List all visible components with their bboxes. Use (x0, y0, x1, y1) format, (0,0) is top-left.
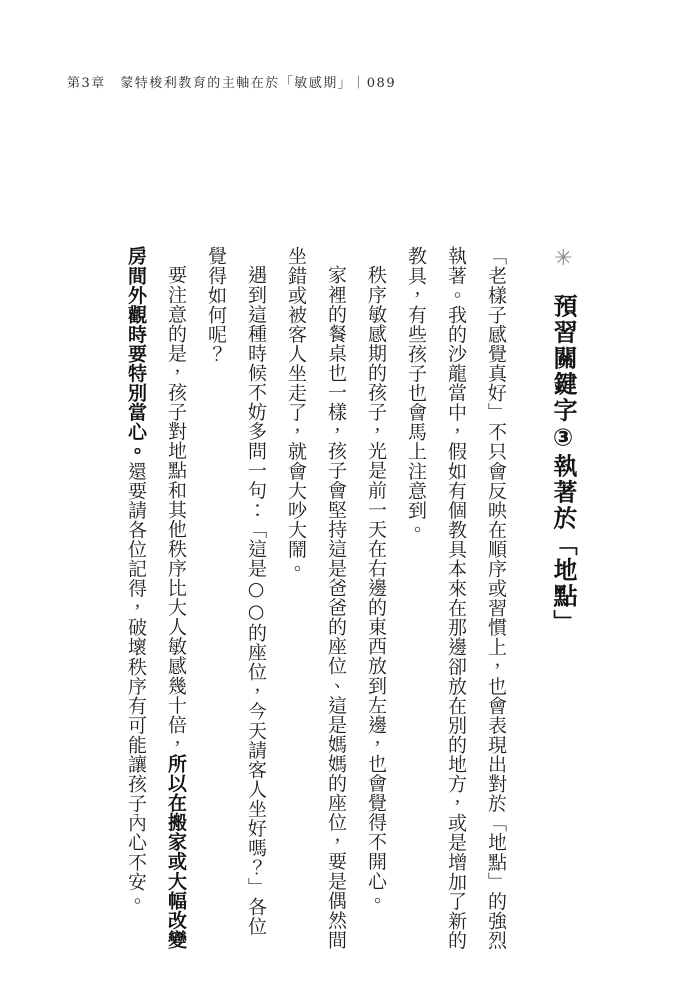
paragraph-segment: 要注意的是，孩子對地點和其他秩序比大人敏感幾十倍， (165, 265, 187, 754)
snowflake-ornament-icon: ✳ (542, 246, 584, 273)
paragraph-segment: 還要請各位記得，破壞秩序有可能讓孩子內心不安。 (125, 461, 147, 911)
section-title-text: 預習關鍵字③執著於「地點」 (549, 293, 577, 635)
body-text: 「老樣子感覺真好」不只會反映在順序或習慣上，也會表現出對於「地點」的強烈執著。我… (116, 246, 516, 952)
chapter-header-text: 第3章 蒙特梭利教育的主軸在於「敏感期」｜089 (67, 76, 396, 91)
paragraph: 「老樣子感覺真好」不只會反映在順序或習慣上，也會表現出對於「地點」的強烈執著。我… (396, 246, 516, 952)
article: ✳ 預習關鍵字③執著於「地點」 「老樣子感覺真好」不只會反映在順序或習慣上，也會… (116, 246, 584, 952)
paragraph: 秩序敏感期的孩子，光是前一天在右邊的東西放到左邊，也會覺得不開心。 (356, 246, 396, 952)
running-head: 第3章 蒙特梭利教育的主軸在於「敏感期」｜089 (67, 72, 396, 91)
paragraph: 遇到這種時候不妨多問一句：「這是○○的座位，今天請客人坐好嗎？」各位覺得如何呢？ (196, 246, 276, 952)
paragraph: 家裡的餐桌也一樣，孩子會堅持這是爸爸的座位、這是媽媽的座位，要是偶然間坐錯或被客… (276, 246, 356, 952)
paragraph: 要注意的是，孩子對地點和其他秩序比大人敏感幾十倍，所以在搬家或大幅改變房間外觀時… (116, 246, 196, 952)
section-title: ✳ 預習關鍵字③執著於「地點」 (542, 246, 584, 952)
